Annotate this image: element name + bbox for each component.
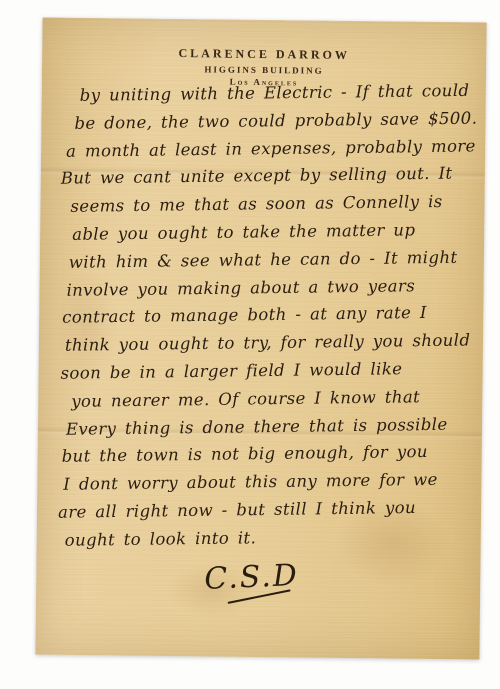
letter-paper: CLARENCE DARROW HIGGINS BUILDING Los Ang… xyxy=(35,18,486,660)
letter-body: by uniting with the Electric - If that c… xyxy=(53,82,478,559)
letterhead-name: CLARENCE DARROW xyxy=(42,45,486,65)
signature-block: C.S.D xyxy=(204,558,300,597)
scan-background: CLARENCE DARROW HIGGINS BUILDING Los Ang… xyxy=(0,0,500,689)
handwritten-line: ought to look into it. xyxy=(65,521,473,554)
